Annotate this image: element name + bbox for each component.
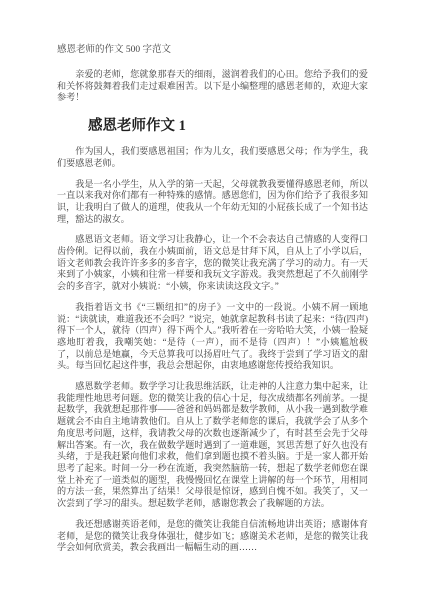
essay-heading: 感恩老师作文 1 [57, 114, 368, 135]
paragraph-math-teacher: 感恩数学老师。数学学习让我思维活跃，让走神的人注意力集中起来，让我能理性地思考问… [57, 381, 368, 510]
document-page: 感恩老师的作文 500 字范文 亲爱的老师，您就象那春天的细雨，滋润着我们的心田… [0, 0, 424, 600]
paragraph-gratitude-overview: 作为国人，我们要感恩祖国；作为儿女，我们要感恩父母；作为学生，我们要感恩老师。 [57, 146, 368, 169]
paragraph-chinese-teacher: 感恩语文老师。语文学习让我静心，让一个不会表达自己情感的人变得口齿伶俐。记得以前… [57, 234, 368, 293]
intro-paragraph: 亲爱的老师，您就象那春天的细雨，滋润着我们的心田。您给予我们的爱和关怀将鼓舞着我… [57, 69, 368, 104]
paragraph-aunt-reading-story: 我指着语文书《“三颗纽扣”的房子》一文中的一段说。小姨不屑一顾地说：“读就读，难… [57, 302, 368, 372]
document-kicker: 感恩老师的作文 500 字范文 [57, 45, 368, 56]
paragraph-other-teachers: 我还想感谢英语老师，是您的微笑让我能自信流畅地讲出英语；感谢体育老师，是您的微笑… [57, 519, 368, 554]
paragraph-primary-student: 我是一名小学生，从入学的第一天起，父母就教我要懂得感恩老师，所以一直以来我对你们… [57, 179, 368, 226]
